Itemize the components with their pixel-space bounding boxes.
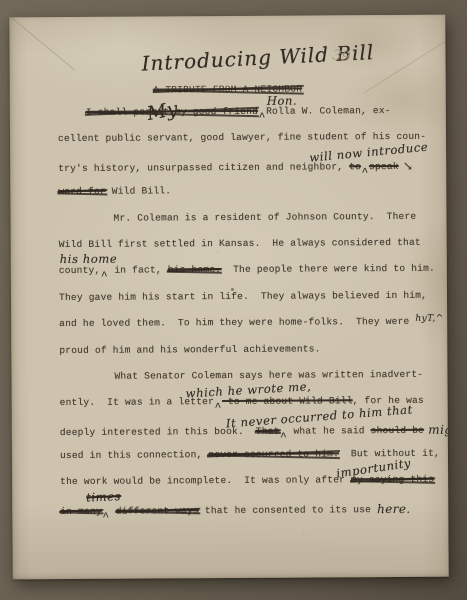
typed-line: county,^ in fact, his home. The people t… — [11, 263, 447, 292]
struck-typed-text: his home. — [168, 264, 222, 275]
typed-line: and he loved them. To him they were home… — [11, 316, 447, 345]
typed-text: county, — [59, 265, 101, 276]
struck-typed-text: speak — [369, 161, 399, 172]
photo-background: Introducing Wild Bill 39 A TRIBUTE FROM … — [0, 0, 467, 600]
struck-typed-text: to me about Wild Bill — [222, 396, 353, 408]
typed-text: and he loved them. To him they were home… — [59, 316, 415, 329]
typed-line: try's history, unsurpassed citizen and n… — [10, 157, 446, 186]
caret-mark: ^ — [100, 271, 108, 283]
typed-line: proud of him and his wonderful achieveme… — [11, 342, 447, 371]
paper-crease — [9, 15, 75, 71]
typed-text: used in this connection, — [60, 449, 209, 461]
typed-text: What Senator Coleman says here was writt… — [114, 369, 423, 382]
typed-line: deeply interested in this book. That^ wh… — [12, 421, 448, 450]
typed-line: Mr. Coleman is a resident of Johnson Cou… — [10, 210, 446, 239]
struck-typed-text: word for — [58, 186, 106, 197]
handwritten-insertion: here. — [377, 502, 411, 516]
typed-text: try's history, unsurpassed citizen and n… — [58, 161, 349, 174]
typed-text: that he consented to its use — [199, 504, 377, 516]
paper: Introducing Wild Bill 39 A TRIBUTE FROM … — [9, 15, 448, 580]
handwritten-annotation: times — [86, 489, 121, 504]
typed-text: the work would be incomplete. It was onl… — [60, 475, 351, 488]
typed-text: Wild Bill first settled in Kansas. He al… — [59, 237, 421, 250]
typed-line: I shall permit my good friend^Rolla W. C… — [10, 105, 446, 134]
caret-mark: ^ — [102, 512, 110, 524]
struck-typed-text: to — [349, 161, 361, 172]
typescript: I shall permit my good friend^Rolla W. C… — [10, 105, 449, 530]
page-number-pencil: 39 — [332, 47, 352, 65]
typed-text: The people there were kind to him. — [221, 263, 435, 275]
struck-typed-text: different ways — [116, 505, 199, 517]
handwritten-insertion: ↘ — [399, 159, 414, 173]
typed-text: Wild Bill. — [106, 186, 171, 197]
typed-line: word for Wild Bill. — [10, 184, 446, 213]
caret-mark: ^ — [258, 112, 266, 124]
typed-text: cellent public servant, good lawyer, fin… — [58, 131, 426, 144]
caret-mark: ^ — [280, 431, 288, 443]
typed-text: Mr. Coleman is a resident of Johnson Cou… — [113, 210, 416, 223]
typed-text: They gave him his start in life. They al… — [59, 290, 427, 303]
typed-text: what he said — [287, 425, 370, 437]
struck-typed-text: never occurred to him. — [208, 448, 339, 460]
handwritten-mark: hyT,^ — [415, 314, 444, 324]
struck-heading: A TRIBUTE FROM A NEIGHBOR — [10, 83, 446, 97]
handwritten-annotation: My — [145, 98, 180, 125]
caret-mark: ^ — [361, 167, 369, 179]
handwritten-annotation: Hon. — [267, 94, 298, 108]
typed-line: the work would be incomplete. It was onl… — [12, 474, 448, 503]
typed-text: proud of him and his wonderful achieveme… — [59, 343, 320, 356]
typed-line: in many^ different ways that he consente… — [12, 501, 448, 530]
handwritten-annotation: his home — [60, 252, 118, 266]
struck-typed-text: should be — [371, 424, 425, 435]
struck-typed-text: in many — [60, 506, 102, 517]
typed-line: They gave him his start in life. They al… — [11, 289, 447, 318]
typed-text: in fact, — [108, 265, 167, 276]
handwritten-insertion: might be — [424, 422, 449, 436]
